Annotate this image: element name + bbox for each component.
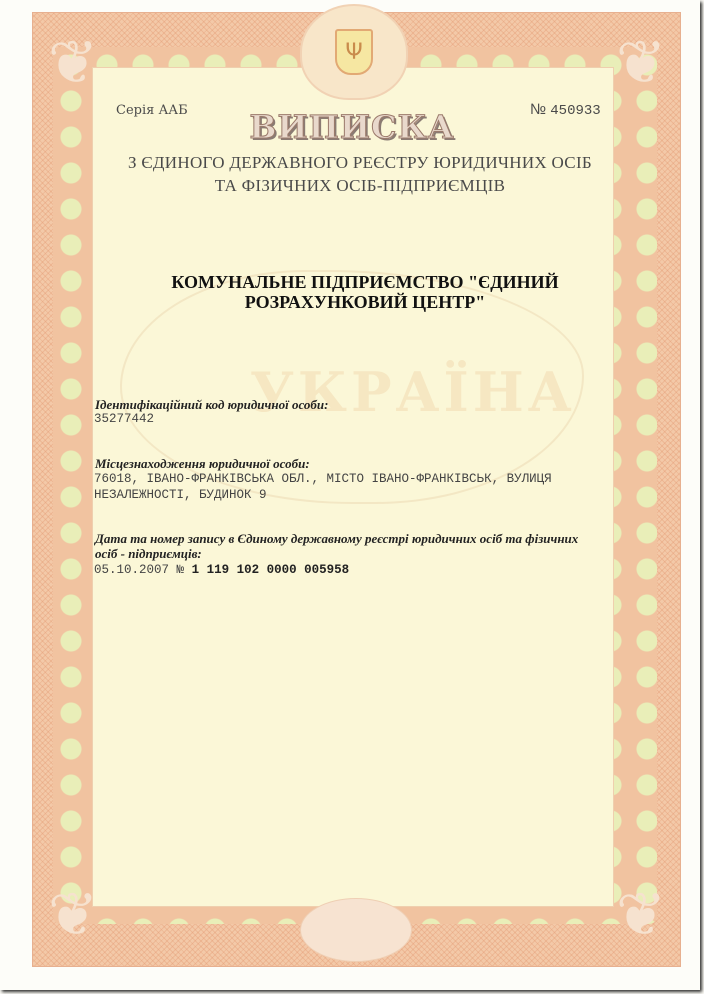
location-label: Місцезнаходження юридичної особи: (95, 456, 310, 471)
record-label-line-2: осіб - підприємців: (95, 546, 202, 561)
floral-corner-bottom-left-icon: ❦ (38, 870, 108, 960)
document-title: ВИПИСКА (0, 108, 704, 146)
location-value-line-1: 76018, ІВАНО-ФРАНКІВСЬКА ОБЛ., МІСТО ІВА… (94, 471, 552, 487)
id-code-value: 35277442 (94, 411, 154, 427)
record-number: 1 119 102 0000 005958 (192, 563, 350, 577)
bottom-ornament-icon (300, 898, 412, 962)
floral-corner-top-right-icon: ❦ (606, 18, 676, 108)
record-label-line-1: Дата та номер запису в Єдиному державном… (95, 531, 578, 546)
floral-corner-bottom-right-icon: ❦ (606, 870, 676, 960)
organization-name-line-2: РОЗРАХУНКОВИЙ ЦЕНТР" (0, 292, 704, 312)
certificate-page: ❦ ❦ ❦ ❦ Ψ УКРАЇНА Серія ААБ № 450933 ВИП… (0, 0, 700, 990)
watermark-text: УКРАЇНА (250, 360, 576, 424)
floral-corner-top-left-icon: ❦ (38, 18, 108, 108)
organization-name: КОМУНАЛЬНЕ ПІДПРИЄМСТВО "ЄДИНИЙ РОЗРАХУН… (0, 272, 704, 312)
location-value-line-2: НЕЗАЛЕЖНОСТІ, БУДИНОК 9 (94, 487, 267, 503)
subtitle-line-1: З ЄДИНОГО ДЕРЖАВНОГО РЕЄСТРУ ЮРИДИЧНИХ О… (0, 153, 704, 173)
trident-icon: Ψ (335, 29, 373, 75)
organization-name-line-1: КОМУНАЛЬНЕ ПІДПРИЄМСТВО "ЄДИНИЙ (0, 272, 704, 292)
subtitle-line-2: ТА ФІЗИЧНИХ ОСІБ-ПІДПРИЄМЦІВ (0, 176, 704, 196)
record-number-sign: № (177, 563, 185, 577)
record-date: 05.10.2007 (94, 563, 169, 577)
record-value: 05.10.2007 № 1 119 102 0000 005958 (94, 562, 349, 578)
coat-of-arms: Ψ (300, 4, 408, 100)
id-code-label: Ідентифікаційний код юридичної особи: (95, 397, 328, 412)
